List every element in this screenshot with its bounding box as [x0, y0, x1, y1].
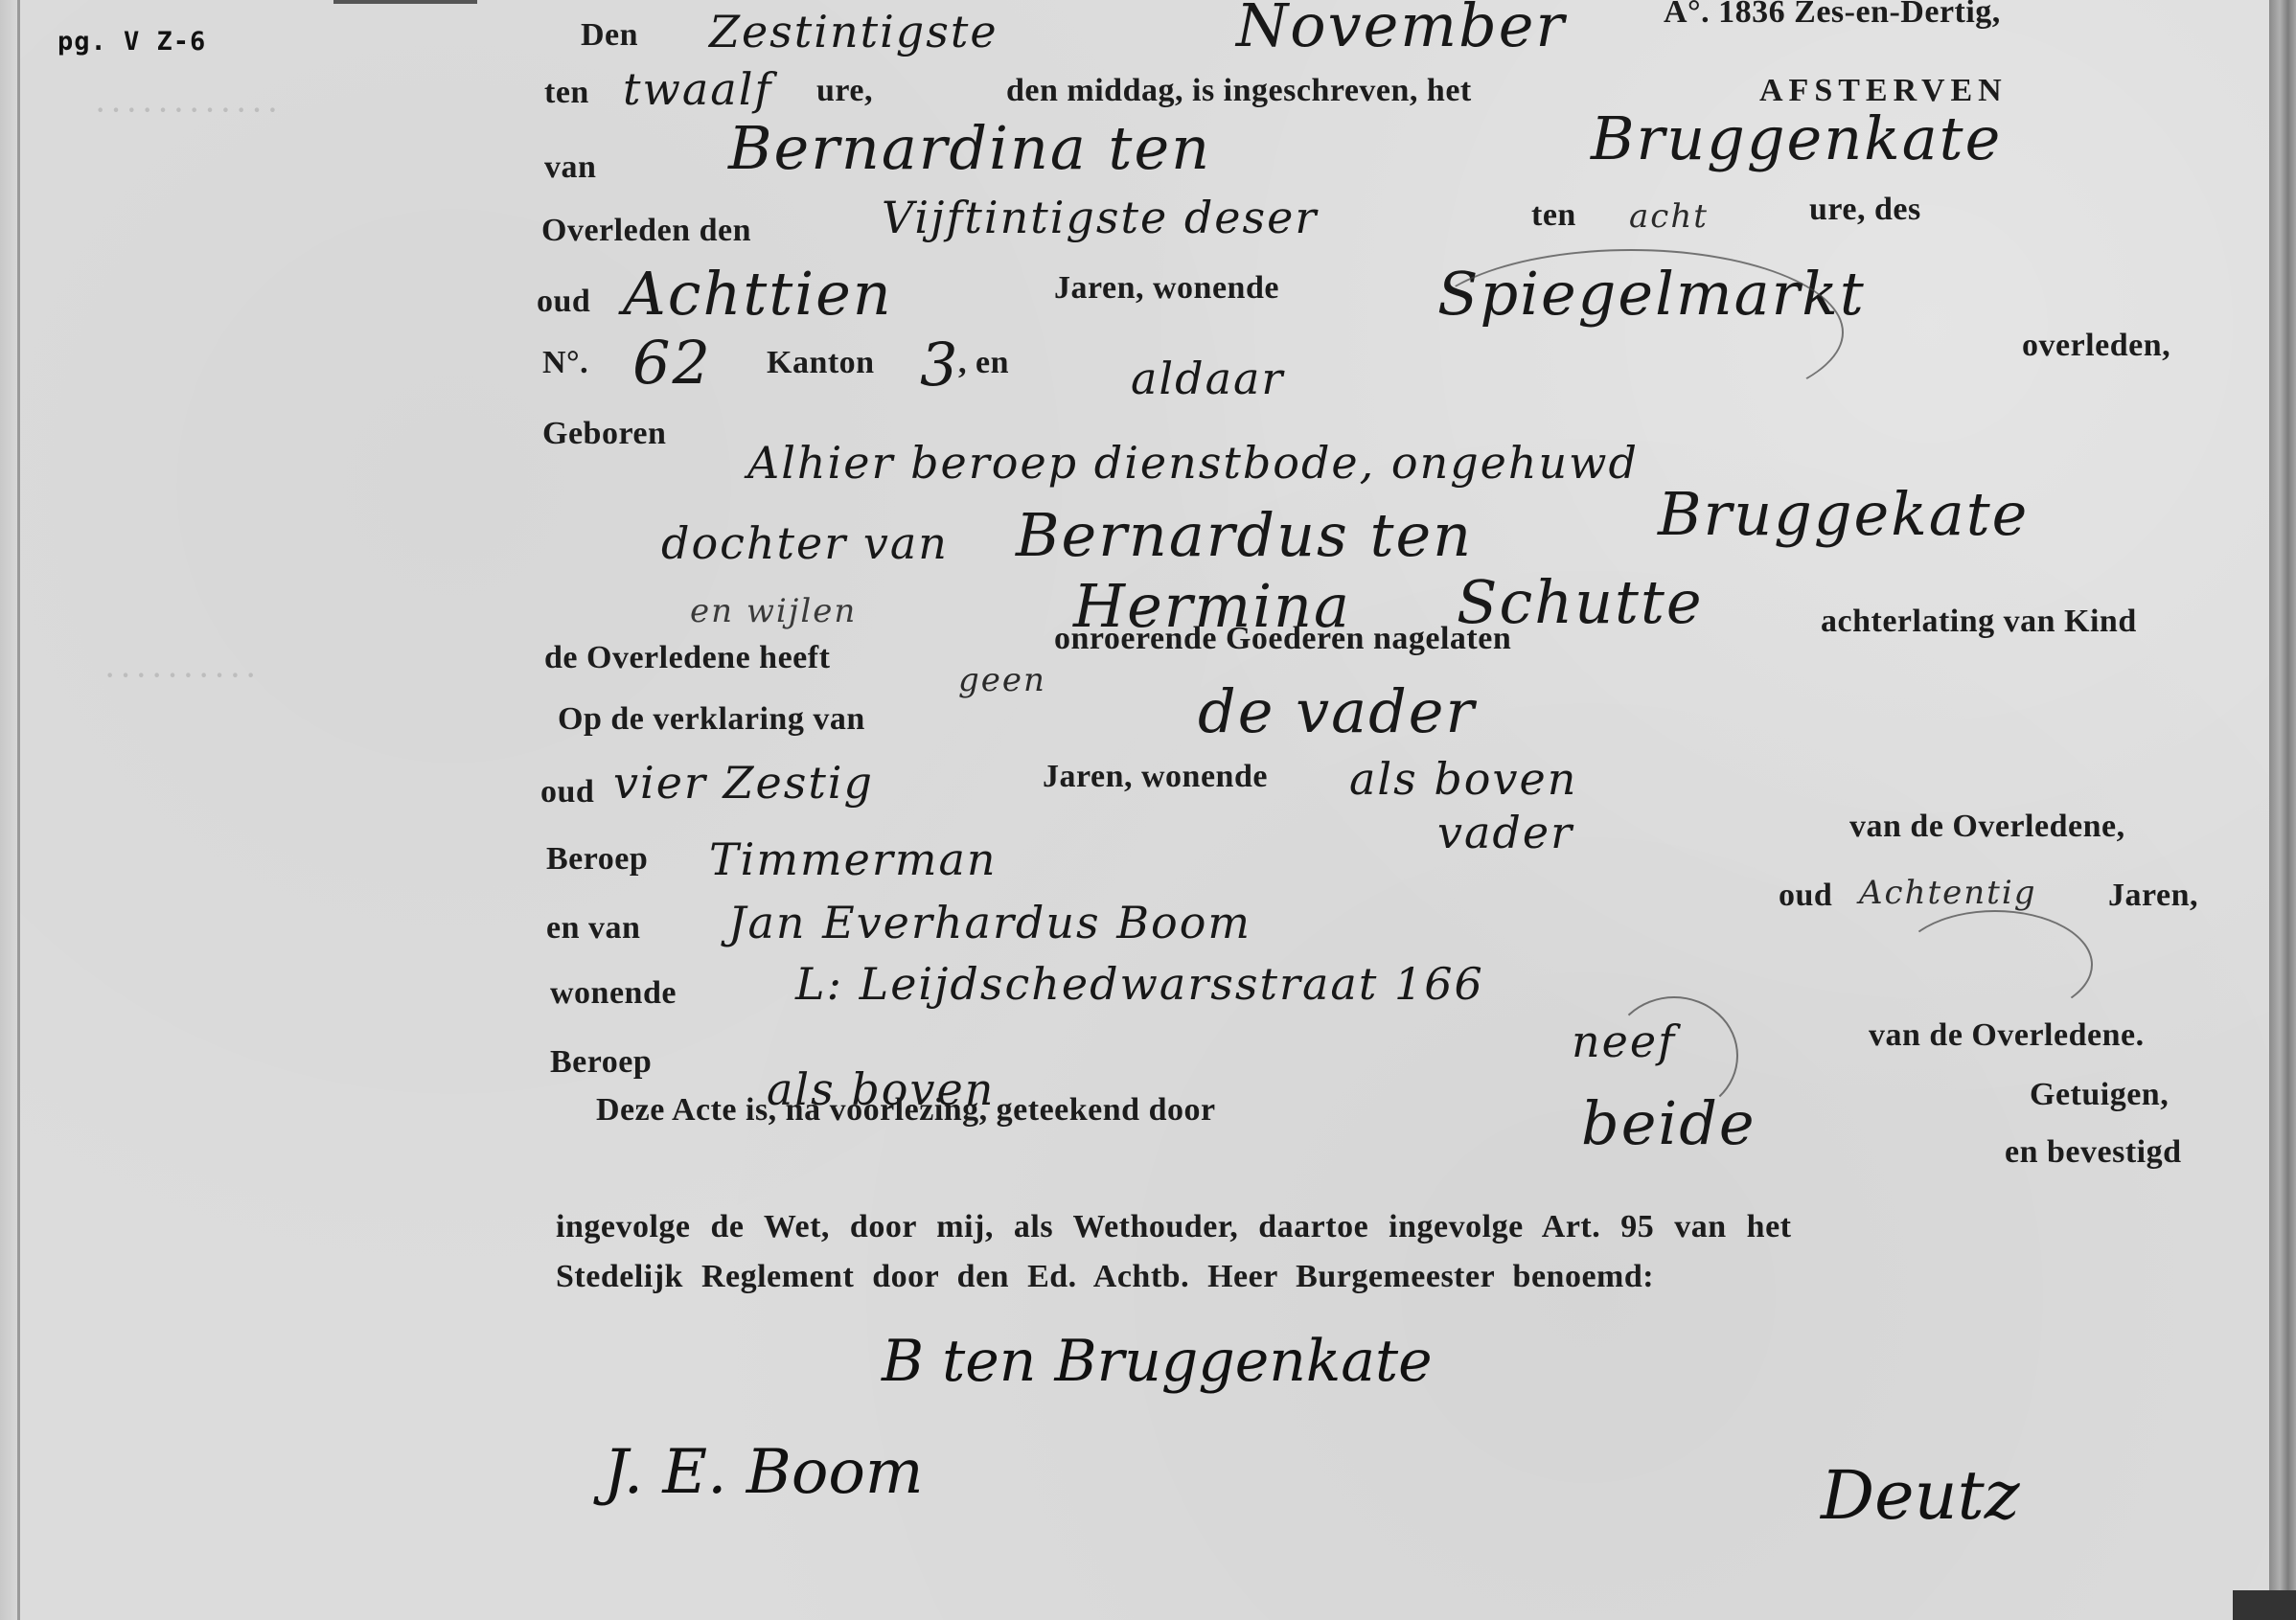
handwritten-declarant-occupation: Timmerman: [709, 833, 998, 885]
printed-oud: oud: [537, 284, 590, 320]
printed-den-middag: den middag, is ingeschreven, het: [1006, 73, 1472, 109]
handwritten-witness-age: Achtentig: [1859, 874, 2036, 912]
printed-van: van: [544, 149, 596, 186]
printed-closing-line-1: ingevolge de Wet, door mij, als Wethoude…: [556, 1209, 1792, 1245]
printed-deze-acte: Deze Acte is, na voorlezing, geteekend d…: [596, 1092, 1216, 1129]
handwritten-death-date: Vijftintigste deser: [882, 192, 1318, 243]
printed-ure: ure,: [816, 73, 873, 109]
bleed-through: · · · · · · · · · ·: [105, 661, 255, 692]
printed-van-de-overledene-period: van de Overledene.: [1869, 1017, 2145, 1054]
ink-flourish: [1418, 249, 1844, 416]
page-edge-right: [2269, 0, 2296, 1620]
ink-flourish: [1897, 910, 2093, 1019]
handwritten-birth-occupation: Alhier beroep dienstbode, ongehuwd: [747, 437, 1639, 489]
handwritten-house-number: 62: [632, 328, 712, 398]
bleed-through: · · · · · · · · · · · ·: [96, 96, 277, 126]
handwritten-deceased-first-name: Bernardina ten: [728, 113, 1211, 183]
printed-ure-des: ure, des: [1809, 192, 1921, 228]
printed-jaren-wonende: Jaren, wonende: [1054, 270, 1279, 307]
handwritten-father-name: Bernardus ten: [1016, 500, 1473, 570]
printed-den: Den: [581, 17, 638, 54]
top-rule: [333, 0, 477, 4]
printed-getuigen: Getuigen,: [2030, 1077, 2169, 1113]
year-heading: A°. 1836 Zes-en-Dertig,: [1664, 0, 2001, 31]
handwritten-mother-prefix: en wijlen: [690, 592, 857, 630]
printed-achterlating: achterlating van Kind: [1821, 604, 2137, 640]
handwritten-deceased-surname: Bruggenkate: [1591, 103, 2002, 173]
book-binding-left: [0, 0, 20, 1620]
printed-wonende: wonende: [550, 975, 677, 1012]
printed-overleden-den: Overleden den: [541, 213, 751, 249]
handwritten-age: Achttien: [623, 259, 893, 329]
signature-official: Deutz: [1821, 1456, 2020, 1535]
handwritten-month: November: [1236, 0, 1566, 60]
printed-kanton: Kanton: [767, 345, 875, 381]
page-annotation: pg. V Z-6: [57, 27, 206, 57]
signature-witness: J. E. Boom: [604, 1437, 924, 1508]
handwritten-property: geen: [958, 661, 1046, 699]
printed-op-de-verklaring: Op de verklaring van: [558, 701, 865, 738]
handwritten-day-registered: Zestintigste: [709, 6, 999, 57]
handwritten-declarant-age: vier Zestig: [613, 757, 874, 809]
handwritten-declarant: de vader: [1198, 676, 1476, 746]
printed-beroep-2: Beroep: [550, 1044, 652, 1081]
document-page: · · · · · · · · · · · · · · · · · · · · …: [0, 0, 2269, 1620]
printed-oud-2: oud: [540, 774, 594, 810]
printed-overleden: overleden,: [2022, 328, 2170, 364]
printed-jaren: Jaren,: [2108, 878, 2198, 914]
printed-ten-2: ten: [1531, 197, 1576, 234]
handwritten-witness-name: Jan Everhardus Boom: [728, 897, 1251, 948]
printed-en: , en: [958, 345, 1009, 381]
handwritten-declarant-relation: vader: [1437, 807, 1573, 858]
printed-de-overledene-heeft: de Overledene heeft: [544, 640, 830, 676]
printed-en-bevestigd: en bevestigd: [2005, 1134, 2182, 1171]
printed-oud-3: oud: [1779, 878, 1832, 914]
handwritten-hour: twaalf: [623, 63, 772, 115]
handwritten-declarant-residence: als boven: [1349, 753, 1577, 805]
handwritten-kanton-number: 3: [920, 330, 959, 399]
printed-number: N°.: [542, 345, 588, 381]
corner-shadow: [2233, 1590, 2296, 1620]
printed-beroep: Beroep: [546, 841, 648, 878]
printed-ten: ten: [544, 75, 589, 111]
handwritten-father-surname: Bruggekate: [1658, 479, 2029, 549]
handwritten-place-of-death: aldaar: [1131, 353, 1284, 404]
printed-onroerende-goederen: onroerende Goederen nagelaten: [1054, 621, 1511, 657]
handwritten-daughter-of: dochter van: [661, 517, 949, 569]
signature-father: B ten Bruggenkate: [882, 1328, 1433, 1395]
printed-en-van: en van: [546, 910, 640, 947]
printed-closing-line-2: Stedelijk Reglement door den Ed. Achtb. …: [556, 1259, 1654, 1295]
printed-geboren: Geboren: [542, 416, 666, 452]
handwritten-witness-residence: L: Leijdschedwarsstraat 166: [795, 958, 1484, 1010]
printed-van-de-overledene-comma: van de Overledene,: [1849, 809, 2125, 845]
handwritten-death-hour: acht: [1629, 197, 1709, 236]
printed-jaren-wonende-2: Jaren, wonende: [1043, 759, 1268, 795]
ink-flourish: [1610, 996, 1738, 1115]
